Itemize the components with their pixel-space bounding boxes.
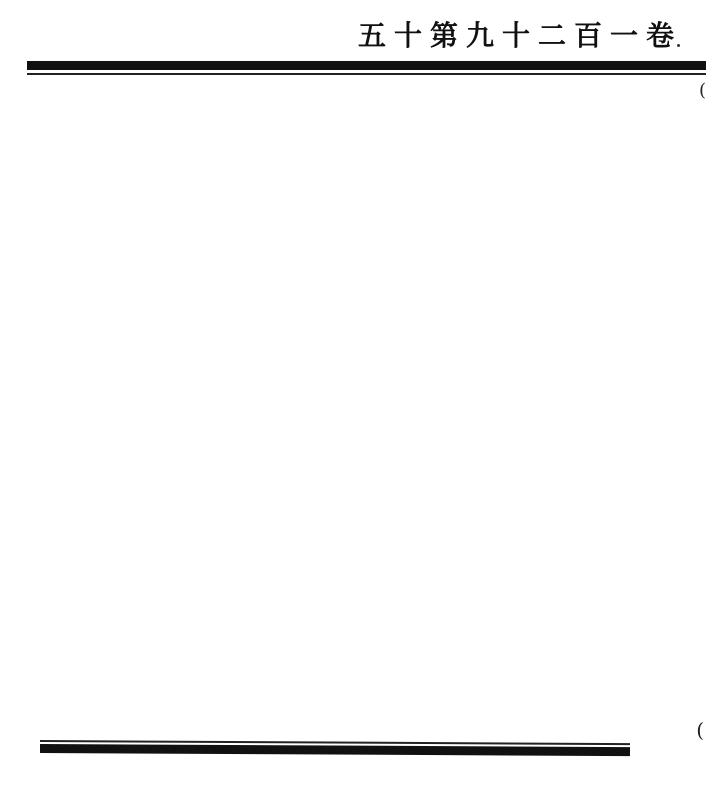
top-margin-mark: ( [699,80,706,101]
header-char: 卷 [642,14,678,54]
header-char: 九 [462,14,498,54]
top-border-thick-rule [27,61,706,70]
header-char: 五 [354,14,390,54]
header-char: 第 [426,14,462,54]
page-header-title: 五 十 第 九 十 二 百 一 卷 [354,14,678,54]
header-char: 二 [534,14,570,54]
header-punctuation-dot [677,44,680,47]
header-char: 百 [570,14,606,54]
top-border-thin-rule [27,73,706,75]
header-char: 一 [606,14,642,54]
bottom-border-thick-rule [40,744,630,756]
header-char: 十 [498,14,534,54]
header-char: 十 [390,14,426,54]
bottom-margin-mark: ( [696,718,704,742]
